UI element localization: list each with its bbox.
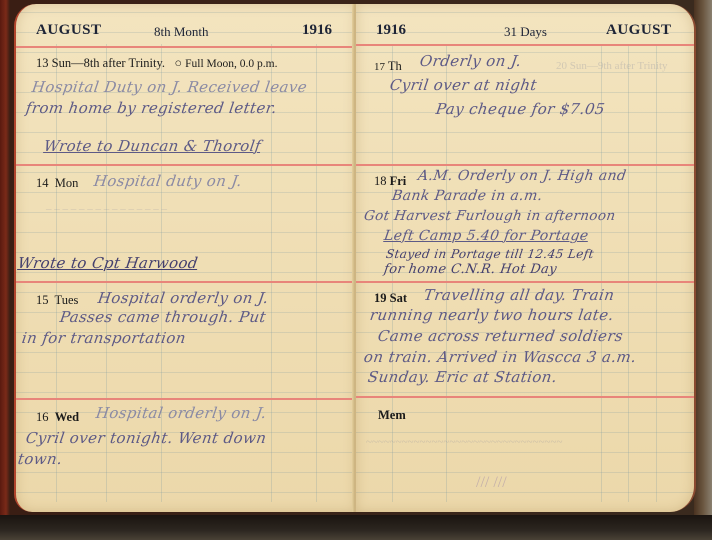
book-edge [694, 0, 712, 540]
header-days-count: 31 Days [504, 24, 547, 40]
red-rule [356, 281, 694, 283]
handwritten-line: Hospital Duty on J. Received leave [31, 78, 309, 96]
handwritten-line: Wrote to Cpt Harwood [17, 254, 200, 272]
handwritten-line: Bank Parade in a.m. [391, 188, 544, 204]
handwritten-line: in for transportation [21, 329, 187, 347]
ink-smudge: /// /// [476, 474, 507, 492]
header-year: 1916 [302, 22, 332, 39]
handwritten-line: town. [17, 450, 64, 468]
full-moon-icon: ○ [174, 56, 182, 70]
red-rule [16, 46, 356, 48]
handwritten-line: Hospital orderly on J. [95, 404, 268, 422]
bleed-through-text: 20 Sun—9th after Trinity [556, 60, 668, 72]
header-month: AUGUST [36, 22, 102, 39]
handwritten-line: Hospital duty on J. [93, 172, 243, 190]
header-year: 1916 [376, 22, 406, 39]
day-label: 19 Sat [374, 291, 407, 306]
handwritten-line: Travelling all day. Train [423, 286, 616, 304]
handwritten-line: Stayed in Portage till 12.45 Left [385, 247, 595, 261]
day-label: 16 Wed [36, 410, 79, 425]
handwritten-line: from home by registered letter. [25, 99, 278, 117]
handwritten-line: Pay cheque for $7.05 [435, 100, 606, 118]
handwritten-line: Passes came through. Put [59, 308, 268, 326]
right-page-header: 1916 31 Days AUGUST [356, 22, 694, 44]
handwritten-line: A.M. Orderly on J. High and [417, 168, 628, 184]
red-rule [356, 44, 694, 46]
red-rule [356, 164, 694, 166]
grid-line [656, 44, 657, 502]
handwritten-line: Came across returned soldiers [377, 327, 625, 345]
red-rule [356, 396, 694, 398]
handwritten-line: Got Harvest Furlough in afternoon [363, 208, 617, 224]
grid-line [628, 44, 629, 502]
left-page-header: AUGUST 8th Month 1916 [16, 22, 356, 44]
red-rule [16, 398, 356, 400]
handwritten-line: Left Camp 5.40 for Portage [383, 228, 590, 244]
printed-note: —8th after Trinity. [71, 56, 165, 70]
header-month: AUGUST [606, 22, 672, 39]
handwritten-line: for home C.N.R. Hot Day [383, 262, 558, 277]
left-page: AUGUST 8th Month 1916 13 Sun—8th after T… [14, 4, 356, 512]
day-label: 17 Th [374, 59, 402, 74]
bleed-through-text: ~~~~~~~~~~~~~~~~~~~~~~~~~~~~~~~~~ [366, 436, 562, 448]
grid-line [316, 44, 317, 502]
day-label: 14 Mon [36, 176, 78, 191]
handwritten-line: running nearly two hours late. [369, 306, 615, 324]
handwritten-line: Wrote to Duncan & Thorolf [43, 137, 262, 155]
memo-label: Mem [378, 408, 406, 423]
day-label: 18 Fri [374, 174, 406, 189]
handwritten-line: Orderly on J. [419, 52, 523, 70]
day-label: 13 Sun—8th after Trinity. ○ Full Moon, 0… [36, 56, 277, 71]
bleed-through-text: _ _ _ _ _ _ _ _ _ _ _ _ _ _ _ [46, 199, 167, 211]
red-rule [16, 281, 356, 283]
handwritten-line: Cyril over at night [389, 76, 538, 94]
handwritten-line: Sunday. Eric at Station. [367, 368, 559, 386]
table-shadow [0, 515, 712, 540]
red-rule [16, 164, 356, 166]
header-month-number: 8th Month [154, 24, 209, 40]
handwritten-line: Hospital orderly on J. [97, 289, 270, 307]
handwritten-line: on train. Arrived in Wascca 3 a.m. [363, 348, 638, 366]
moon-note: Full Moon, 0.0 p.m. [185, 58, 277, 70]
right-page: 1916 31 Days AUGUST 17 Th Orderly on J. … [356, 4, 696, 512]
day-label: 15 Tues [36, 293, 78, 308]
handwritten-line: Cyril over tonight. Went down [25, 429, 268, 447]
